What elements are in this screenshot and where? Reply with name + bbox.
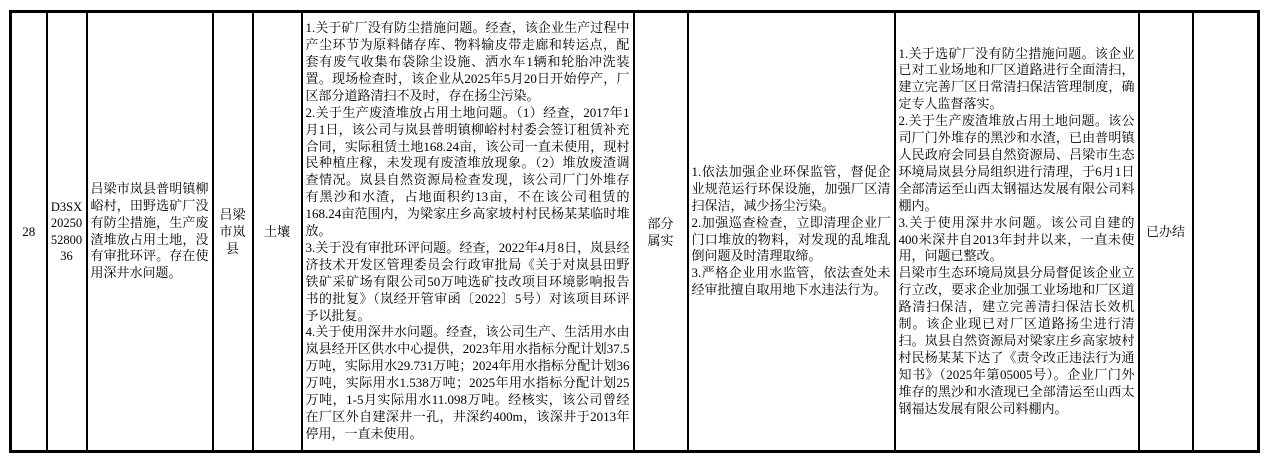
cell-handling-measures: 1.依法加强企业环保监管，督促企业规范运行环保设施，加强厂区清扫保洁，减少扬尘污… (688, 12, 895, 452)
cell-rectification-details: 1.关于选矿厂没有防尘措施问题。该企业已对工业场地和厂区道路进行全面清扫，建立完… (895, 12, 1139, 452)
cell-accountability (1193, 12, 1259, 452)
cell-investigation-findings: 1.关于矿厂没有防尘措施问题。经查，该企业生产过程中产尘环节为原料储存库、物料输… (302, 12, 634, 452)
inspection-record-table: 28 D3SX202505280036 吕梁市岚县普明镇柳峪村，田野选矿厂没有防… (9, 10, 1260, 453)
cell-pollution-type: 土壤 (253, 12, 302, 452)
cell-acceptance-number: D3SX202505280036 (47, 12, 87, 452)
table-row: 28 D3SX202505280036 吕梁市岚县普明镇柳峪村，田野选矿厂没有防… (11, 12, 1259, 452)
document-page: 28 D3SX202505280036 吕梁市岚县普明镇柳峪村，田野选矿厂没有防… (0, 0, 1268, 463)
cell-serial-number: 28 (11, 12, 47, 452)
cell-complaint-summary: 吕梁市岚县普明镇柳峪村，田野选矿厂没有防尘措施，生产废渣堆放占用土地，没有审批环… (87, 12, 213, 452)
cell-case-status: 已办结 (1139, 12, 1193, 452)
cell-verification-result: 部分属实 (634, 12, 688, 452)
cell-region: 吕梁市岚县 (213, 12, 253, 452)
